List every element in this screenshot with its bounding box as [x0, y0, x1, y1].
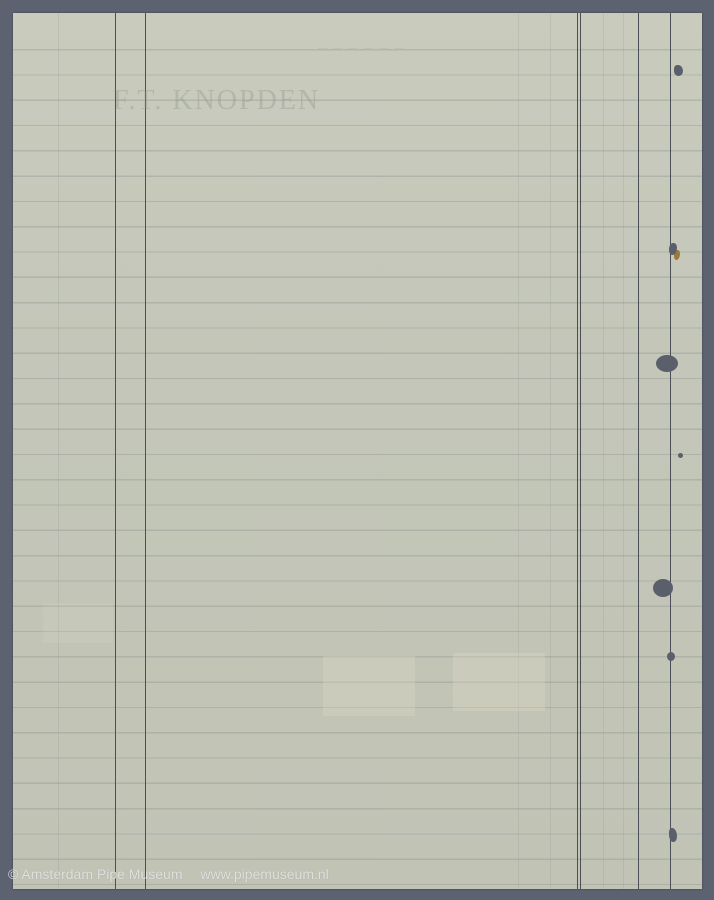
document-sheet: — — — — — — F.T. KNOPDEN: [13, 13, 702, 889]
tear-mark: [667, 652, 675, 661]
punch-hole: [656, 355, 678, 372]
stamp-mark: [453, 653, 545, 711]
margin-line-left: [115, 13, 116, 889]
faint-column-line: [623, 13, 624, 889]
ghost-heading: F.T. KNOPDEN: [113, 85, 320, 117]
stamp-mark: [43, 603, 113, 643]
faint-column-line: [58, 13, 59, 889]
cents-column-line: [638, 13, 639, 889]
ruled-lines: [13, 13, 702, 889]
faint-column-line: [603, 13, 604, 889]
copyright-text: © Amsterdam Pipe Museum: [8, 866, 183, 882]
punch-hole: [653, 579, 673, 597]
tear-mark: [669, 828, 677, 842]
faint-column-line: [550, 13, 551, 889]
amount-column-line-double: [580, 13, 581, 889]
museum-url: www.pipemuseum.nl: [200, 866, 328, 882]
tear-mark: [678, 453, 683, 458]
faint-column-line: [518, 13, 519, 889]
margin-line-left-inner: [145, 13, 146, 889]
amount-column-line: [577, 13, 578, 889]
right-column-line: [670, 13, 671, 889]
stamp-mark: [323, 656, 415, 716]
ghost-subheading: — — — — — —: [318, 43, 405, 53]
tear-mark: [674, 65, 683, 76]
watermark: © Amsterdam Pipe Museum www.pipemuseum.n…: [8, 866, 343, 882]
